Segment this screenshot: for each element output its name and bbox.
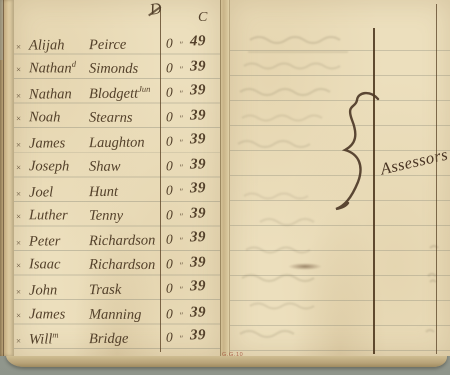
dollars-value: 0 — [166, 159, 173, 175]
dollars-value: 0 — [166, 84, 173, 100]
tally-x-mark: × — [16, 41, 29, 51]
ditto-mark: ″ — [179, 163, 183, 173]
ditto-mark: ″ — [179, 64, 183, 74]
right-page-rule-1 — [373, 28, 375, 354]
given-name: James — [29, 133, 89, 152]
cents-value: 39 — [190, 180, 206, 197]
given-name: Willm — [29, 329, 89, 348]
cents-value: 39 — [190, 255, 206, 272]
surname: BlodgettJun — [89, 83, 151, 102]
given-name: Nathand — [29, 59, 89, 78]
ledger-row: × Isaac Richardson 0 ″ 39 — [14, 254, 220, 279]
given-name: John — [29, 280, 89, 299]
surname: Tenny — [89, 206, 123, 225]
cents-value: 39 — [190, 131, 206, 148]
ditto-mark: ″ — [179, 88, 183, 98]
surname: Laughton — [89, 132, 145, 151]
ditto-mark: ″ — [179, 212, 183, 222]
name-group: × Nathan BlodgettJun — [16, 83, 151, 103]
archive-footer-mark: G.G.10 — [222, 352, 243, 358]
ledger-row: × Joseph Shaw 0 ″ 39 — [14, 156, 220, 181]
ledger-row: × Joel Hunt 0 ″ 39 — [14, 180, 220, 206]
given-name: Luther — [29, 206, 89, 225]
right-page-rule-2 — [436, 4, 437, 354]
left-page: D C × Alijah Peirce 0 ″ 49 × Nathand Sim… — [14, 0, 220, 356]
ledger-row: × Peter Richardson 0 ″ 39 — [14, 229, 220, 255]
surname: Peirce — [89, 34, 126, 53]
name-group: × Peter Richardson — [16, 231, 155, 251]
ditto-mark: ″ — [179, 186, 183, 196]
surname: Stearns — [89, 108, 133, 127]
dollars-value: 0 — [166, 35, 173, 51]
surname: Shaw — [89, 157, 121, 176]
ledger-row: × Noah Stearns 0 ″ 39 — [14, 107, 220, 132]
surname: Hunt — [89, 182, 118, 201]
name-group: × John Trask — [16, 280, 121, 300]
tally-x-mark: × — [16, 162, 29, 172]
tally-x-mark: × — [16, 336, 29, 346]
dollars-value: 0 — [166, 330, 173, 346]
name-group: × Luther Tenny — [16, 206, 123, 225]
cents-value: 39 — [190, 206, 206, 223]
given-name: Joseph — [29, 157, 89, 176]
name-group: × Nathand Simonds — [16, 58, 138, 78]
cents-value: 39 — [190, 304, 206, 321]
given-name: Joel — [29, 182, 89, 201]
name-group: × Noah Stearns — [16, 108, 133, 128]
ditto-mark: ″ — [179, 39, 183, 49]
tally-x-mark: × — [16, 113, 29, 123]
tally-x-mark: × — [16, 287, 29, 297]
tally-x-mark: × — [16, 261, 29, 271]
ledger-row: × John Trask 0 ″ 39 — [14, 278, 220, 304]
dollars-value: 0 — [166, 208, 173, 224]
ink-smudge — [288, 263, 322, 270]
ditto-mark: ″ — [179, 235, 183, 245]
cents-value: 39 — [190, 58, 206, 75]
ledger-row: × Willm Bridge 0 ″ 39 — [14, 327, 220, 353]
tally-x-mark: × — [16, 212, 29, 222]
dollars-value: 0 — [166, 182, 173, 198]
ledger-row: × Nathan BlodgettJun 0 ″ 39 — [14, 82, 220, 108]
given-name: Noah — [29, 108, 89, 127]
surname-superscript: Jun — [138, 83, 150, 93]
cents-value: 39 — [190, 278, 206, 295]
cents-value: 39 — [190, 82, 206, 99]
name-group: × Alijah Peirce — [16, 34, 126, 54]
tally-x-mark: × — [16, 188, 29, 198]
column-header-d: D — [149, 0, 163, 19]
ditto-mark: ″ — [179, 334, 183, 344]
tally-x-mark: × — [16, 90, 29, 100]
ditto-mark: ″ — [179, 261, 183, 271]
cents-value: 39 — [190, 108, 206, 125]
tally-x-mark: × — [16, 64, 29, 74]
ditto-mark: ″ — [179, 310, 183, 320]
book-gutter — [220, 0, 230, 356]
ledger-row: × Alijah Peirce 0 ″ 49 — [14, 33, 220, 59]
ledger-row: × Luther Tenny 0 ″ 39 — [14, 205, 220, 230]
given-name-superscript: m — [52, 330, 58, 340]
ditto-mark: ″ — [179, 114, 183, 124]
dollars-value: 0 — [166, 257, 173, 273]
surname: Richardson — [89, 231, 155, 250]
assessors-brace — [230, 0, 450, 356]
tally-x-mark: × — [16, 237, 29, 247]
given-name: Isaac — [29, 255, 89, 274]
ledger-row: × James Manning 0 ″ 39 — [14, 303, 220, 328]
dollars-value: 0 — [166, 306, 173, 322]
ditto-mark: ″ — [179, 284, 183, 294]
name-group: × Willm Bridge — [16, 329, 129, 349]
cents-value: 39 — [190, 157, 206, 174]
given-name: Peter — [29, 231, 89, 250]
dollars-value: 0 — [166, 109, 173, 125]
column-header-c: C — [198, 10, 207, 26]
right-page: Assessors — [230, 0, 450, 356]
surname: Manning — [89, 304, 141, 323]
given-name: Alijah — [29, 35, 89, 54]
ledger-book: D C × Alijah Peirce 0 ″ 49 × Nathand Sim… — [0, 0, 450, 360]
name-group: × Isaac Richardson — [16, 255, 155, 275]
ledger-row: × James Laughton 0 ″ 39 — [14, 131, 220, 157]
name-group: × James Manning — [16, 304, 141, 324]
ledger-row: × Nathand Simonds 0 ″ 39 — [14, 57, 220, 82]
dollars-value: 0 — [166, 231, 173, 247]
surname: Bridge — [89, 329, 129, 348]
dollars-value: 0 — [166, 281, 173, 297]
given-name-superscript: d — [72, 59, 76, 69]
ditto-mark: ″ — [179, 137, 183, 147]
name-group: × James Laughton — [16, 132, 145, 152]
dollars-value: 0 — [166, 133, 173, 149]
given-name: Nathan — [29, 84, 89, 103]
surname: Simonds — [89, 59, 138, 78]
given-name: James — [29, 304, 89, 323]
cents-value: 39 — [190, 229, 206, 246]
background-sliver — [0, 0, 3, 60]
name-group: × Joseph Shaw — [16, 157, 121, 176]
surname: Trask — [89, 280, 121, 299]
name-group: × Joel Hunt — [16, 182, 118, 202]
cents-value: 49 — [190, 33, 206, 50]
tally-x-mark: × — [16, 139, 29, 149]
tally-x-mark: × — [16, 310, 29, 320]
cents-value: 39 — [190, 327, 206, 344]
dollars-value: 0 — [166, 60, 173, 76]
photo-background: D C × Alijah Peirce 0 ″ 49 × Nathand Sim… — [0, 0, 450, 375]
surname: Richardson — [89, 255, 155, 274]
